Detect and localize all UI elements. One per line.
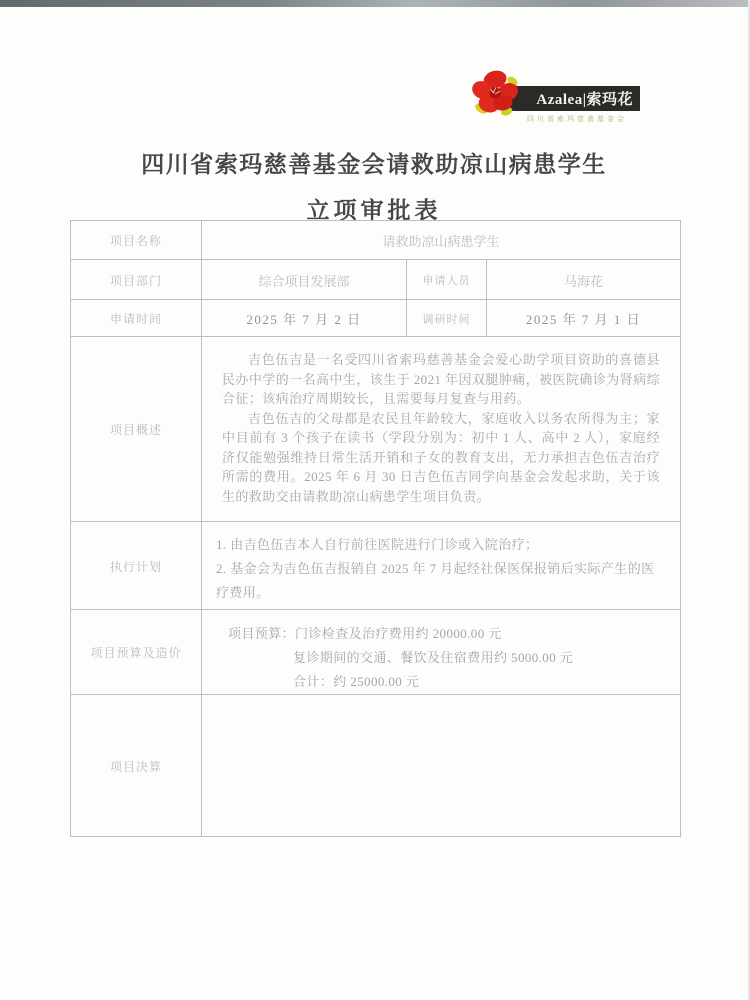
- project-name-value: 请救助凉山病患学生: [201, 221, 680, 259]
- overview-label: 项目概述: [71, 337, 201, 522]
- apply-time-value: 2025 年 7 月 2 日: [201, 300, 406, 337]
- final-account-value: [201, 695, 680, 837]
- foundation-logo: Azalea|索玛花 四川省索玛慈善基金会: [468, 66, 653, 126]
- table-row-dates: 申请时间 2025 年 7 月 2 日 调研时间 2025 年 7 月 1 日: [71, 299, 680, 336]
- apply-time-label: 申请时间: [71, 300, 201, 337]
- budget-line-2: 复诊期间的交通、餐饮及住宿费用约 5000.00 元: [293, 646, 660, 670]
- department-value: 综合项目发展部: [201, 260, 406, 300]
- project-name-label: 项目名称: [71, 221, 201, 259]
- title-line-1: 四川省索玛慈善基金会请救助凉山病患学生: [0, 146, 748, 179]
- survey-time-label: 调研时间: [406, 300, 486, 337]
- overview-paragraph-1: 吉色伍吉是一名受四川省索玛慈善基金会爱心助学项目资助的喜德县民办中学的一名高中生…: [222, 350, 660, 409]
- applicant-value: 马海花: [486, 260, 680, 300]
- azalea-flower-icon: [468, 66, 526, 124]
- scanned-document-page: Azalea|索玛花 四川省索玛慈善基金会 四川省索玛慈善基金会请救助凉山病患学…: [0, 0, 750, 1000]
- budget-line-1: 项目预算：门诊检查及治疗费用约 20000.00 元: [228, 622, 660, 646]
- plan-item-1: 1. 由吉色伍吉本人自行前往医院进行门诊或入院治疗；: [216, 533, 660, 557]
- table-row-final-account: 项目决算: [71, 694, 680, 836]
- logo-subtext: 四川省索玛慈善基金会: [512, 114, 642, 124]
- table-row-project-name: 项目名称 请救助凉山病患学生: [71, 221, 680, 259]
- budget-line-3: 合计：约 25000.00 元: [293, 670, 660, 694]
- overview-paragraph-2: 吉色伍吉的父母都是农民且年龄较大，家庭收入以务农所得为主；家中目前有 3 个孩子…: [222, 409, 660, 507]
- document-title: 四川省索玛慈善基金会请救助凉山病患学生 立项审批表: [0, 146, 748, 225]
- approval-form-table: 项目名称 请救助凉山病患学生 项目部门 综合项目发展部 申请人员 马海花 申请时…: [70, 220, 681, 837]
- logo-brand-text: Azalea|索玛花: [536, 88, 633, 109]
- budget-content: 项目预算：门诊检查及治疗费用约 20000.00 元 复诊期间的交通、餐饮及住宿…: [201, 610, 680, 695]
- final-account-label: 项目决算: [71, 695, 201, 837]
- table-row-department: 项目部门 综合项目发展部 申请人员 马海花: [71, 259, 680, 299]
- plan-content: 1. 由吉色伍吉本人自行前往医院进行门诊或入院治疗； 2. 基金会为吉色伍吉报销…: [201, 522, 680, 610]
- overview-content: 吉色伍吉是一名受四川省索玛慈善基金会爱心助学项目资助的喜德县民办中学的一名高中生…: [201, 337, 680, 522]
- applicant-label: 申请人员: [406, 260, 486, 300]
- department-label: 项目部门: [71, 260, 201, 300]
- scan-edge-bar: [0, 0, 748, 7]
- table-row-overview: 项目概述 吉色伍吉是一名受四川省索玛慈善基金会爱心助学项目资助的喜德县民办中学的…: [71, 336, 680, 521]
- table-row-budget: 项目预算及造价 项目预算：门诊检查及治疗费用约 20000.00 元 复诊期间的…: [71, 609, 680, 694]
- budget-label: 项目预算及造价: [71, 610, 201, 695]
- plan-item-2: 2. 基金会为吉色伍吉报销自 2025 年 7 月起经社保医保报销后实际产生的医…: [216, 557, 660, 605]
- table-row-plan: 执行计划 1. 由吉色伍吉本人自行前往医院进行门诊或入院治疗； 2. 基金会为吉…: [71, 521, 680, 609]
- survey-time-value: 2025 年 7 月 1 日: [486, 300, 680, 337]
- plan-label: 执行计划: [71, 522, 201, 610]
